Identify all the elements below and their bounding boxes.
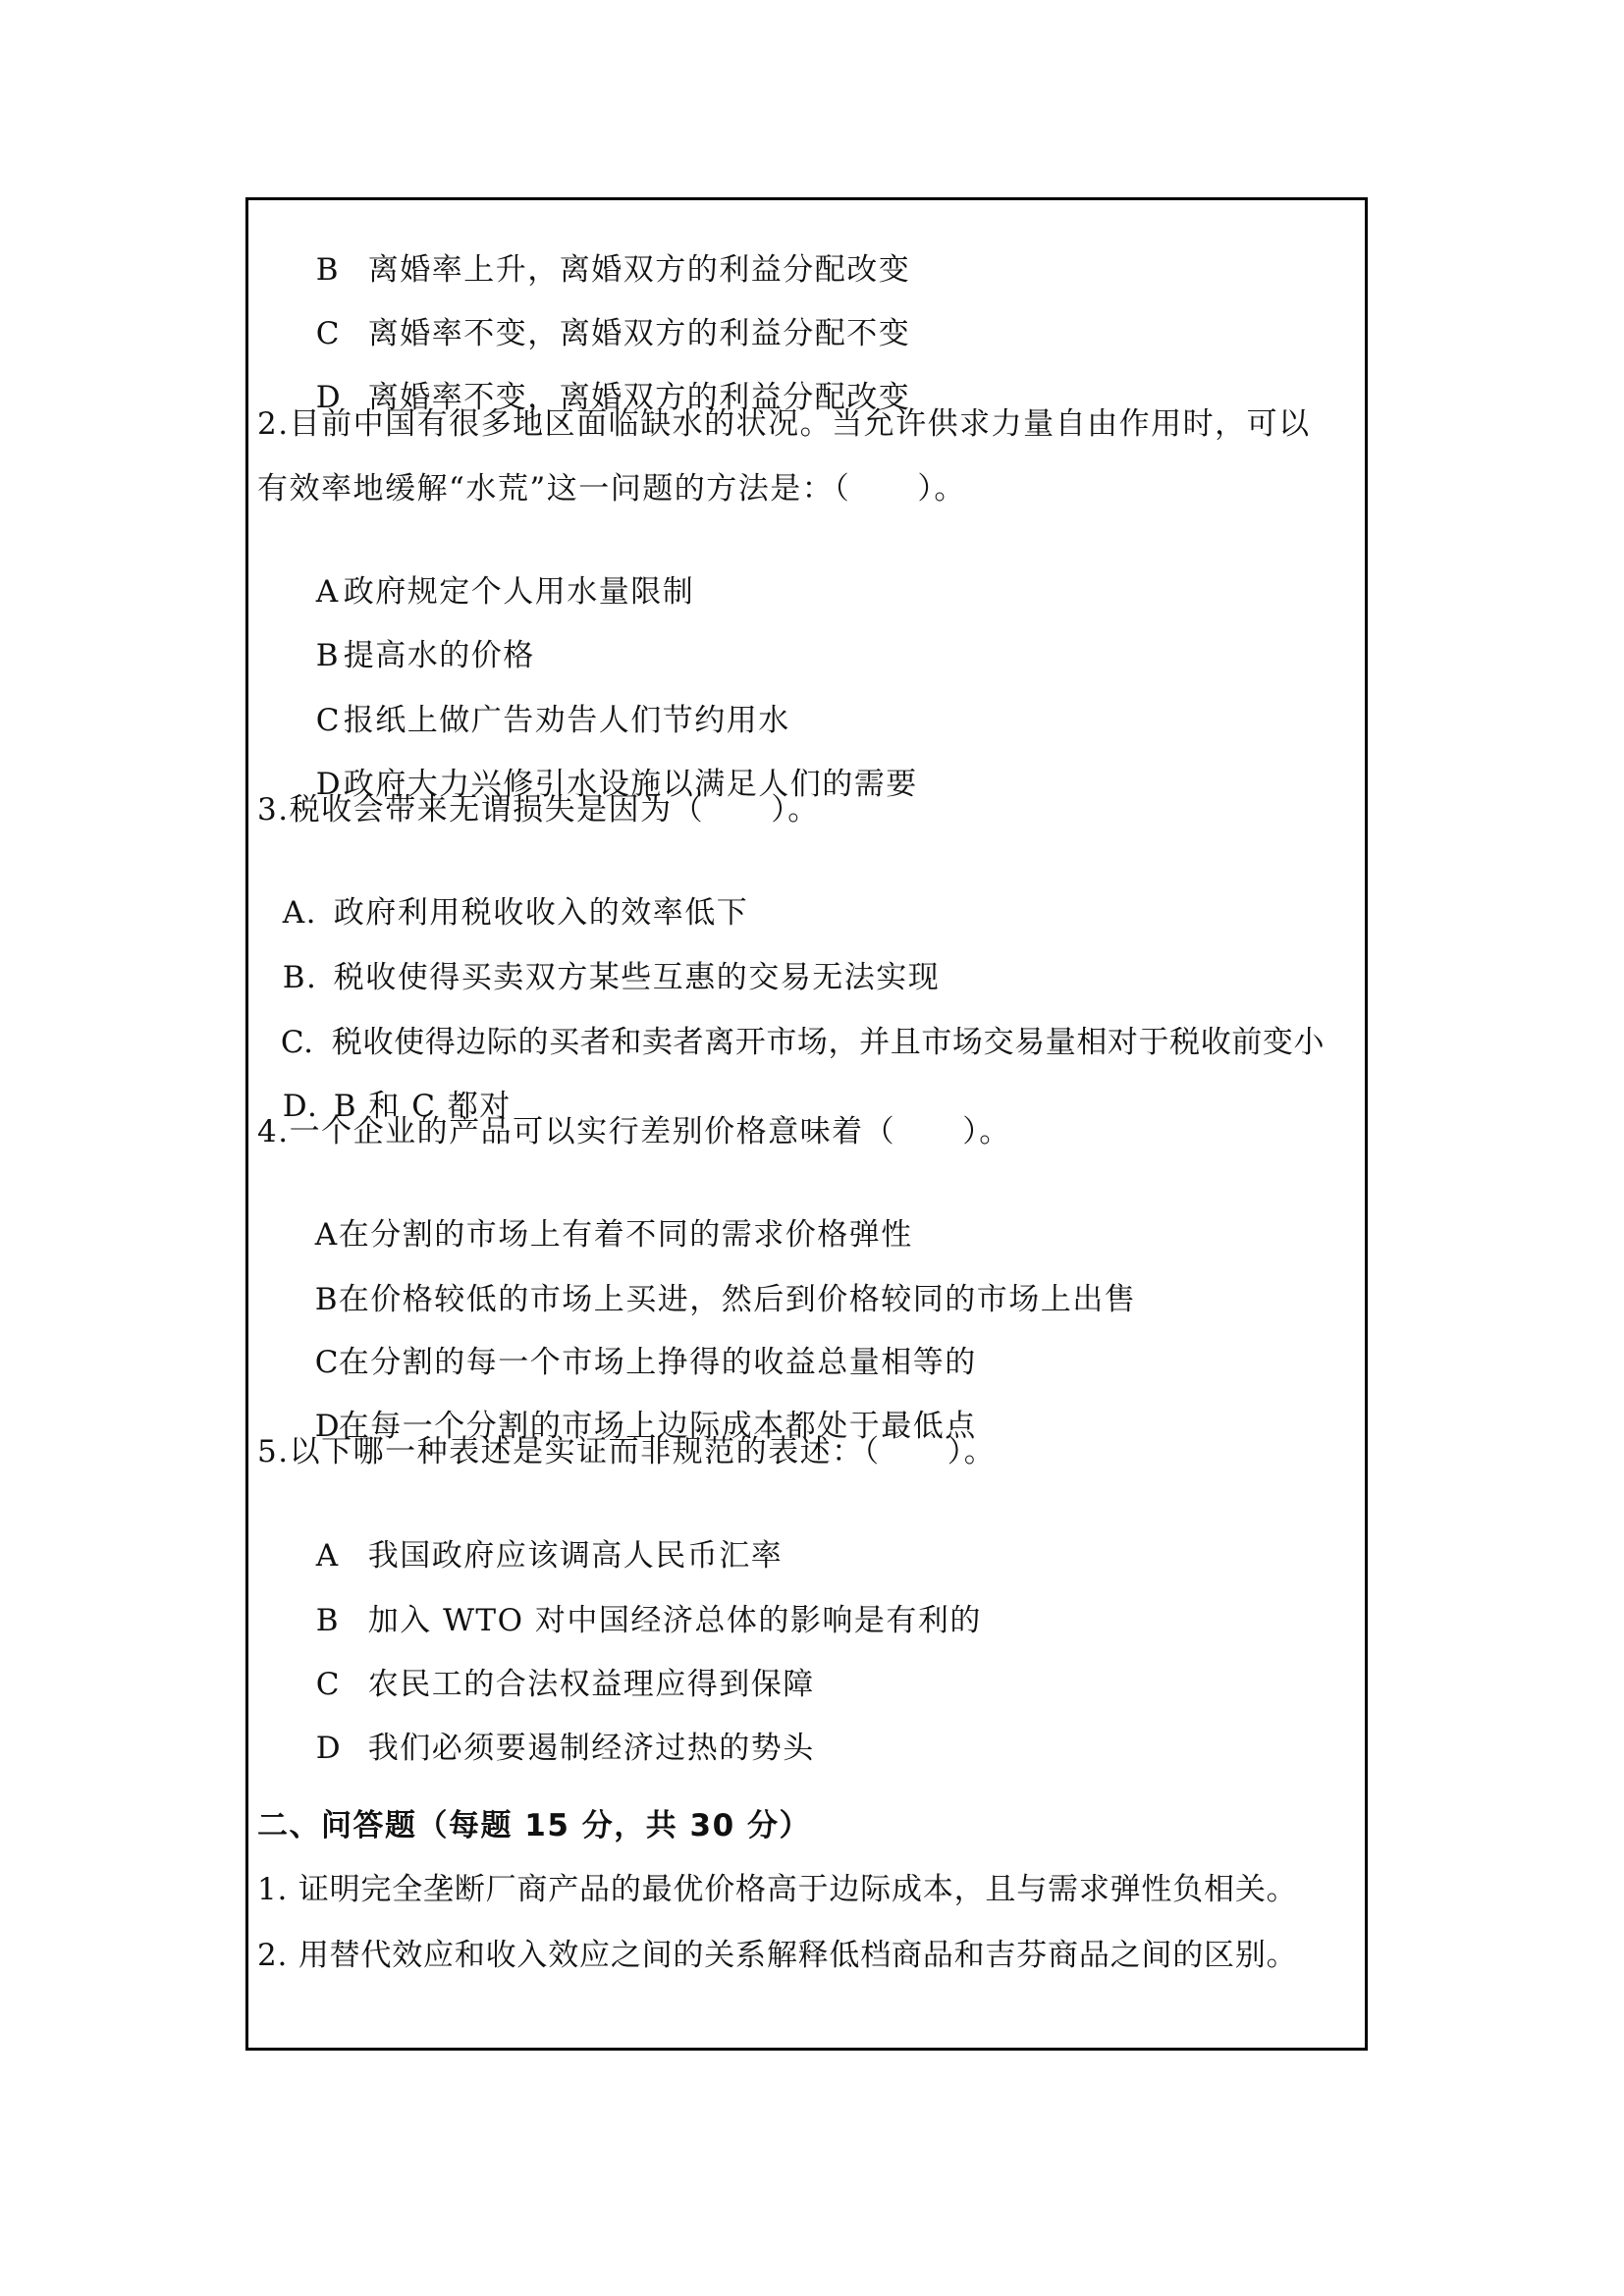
q2-stem-line2: 有效率地缓解“水荒”这一问题的方法是：（ ）。 [257, 469, 966, 508]
q4-option-c: C在分割的每一个市场上挣得的收益总量相等的 [293, 1304, 977, 1343]
q1-option-c: C离婚率不变，离婚双方的利益分配不变 [294, 275, 910, 314]
q5-option-a: A我国政府应该调高人民币汇率 [294, 1497, 783, 1536]
option-letter: D [316, 1729, 368, 1768]
q3-option-c: C.税收使得边际的买者和卖者离开市场，并且市场交易量相对于税收前变小 [260, 984, 1325, 1023]
q2-stem-line1: 2.目前中国有很多地区面临缺水的状况。当允许供求力量自由作用时，可以 [257, 404, 1311, 444]
section2-question-1: 1. 证明完全垄断厂商产品的最优价格高于边际成本，且与需求弹性负相关。 [257, 1870, 1297, 1909]
q3-option-b: B.税收使得买卖双方某些互惠的交易无法实现 [260, 919, 940, 958]
q4-option-d: D在每一个分割的市场上边际成本都处于最低点 [293, 1367, 977, 1407]
q1-option-b: B离婚率上升，离婚双方的利益分配改变 [294, 211, 910, 250]
q2-option-c: C报纸上做广告劝告人们节约用水 [294, 662, 790, 701]
q5-option-d: D我们必须要遏制经济过热的势头 [294, 1689, 815, 1729]
q2-option-a: A政府规定个人用水量限制 [294, 533, 694, 572]
q5-option-b: B加入 WTO 对中国经济总体的影响是有利的 [294, 1562, 982, 1601]
q3-option-a: A.政府利用税收收入的效率低下 [260, 854, 748, 893]
section2-heading: 二、问答题（每题 15 分，共 30 分） [257, 1806, 811, 1845]
q5-stem: 5.以下哪一种表述是实证而非规范的表述：（ ）。 [257, 1432, 996, 1471]
q4-option-b: B在价格较低的市场上买进，然后到价格较同的市场上出售 [293, 1241, 1136, 1280]
q2-option-b: B提高水的价格 [294, 597, 535, 636]
option-text: 我们必须要遏制经济过热的势头 [368, 1731, 815, 1766]
q5-option-c: C农民工的合法权益理应得到保障 [294, 1626, 815, 1665]
q1-option-d: D离婚率不变，离婚双方的利益分配改变 [294, 339, 910, 378]
q4-option-a: A在分割的市场上有着不同的需求价格弹性 [293, 1176, 913, 1215]
section2-question-2: 2. 用替代效应和收入效应之间的关系解释低档商品和吉芬商品之间的区别。 [257, 1936, 1297, 1975]
q2-option-d: D政府大力兴修引水设施以满足人们的需要 [294, 725, 918, 765]
q3-option-d: D.B 和 C 都对 [260, 1047, 512, 1087]
q3-stem: 3.税收会带来无谓损失是因为（ ）。 [257, 790, 820, 829]
q4-stem: 4.一个企业的产品可以实行差别价格意味着（ ）。 [257, 1112, 1011, 1151]
